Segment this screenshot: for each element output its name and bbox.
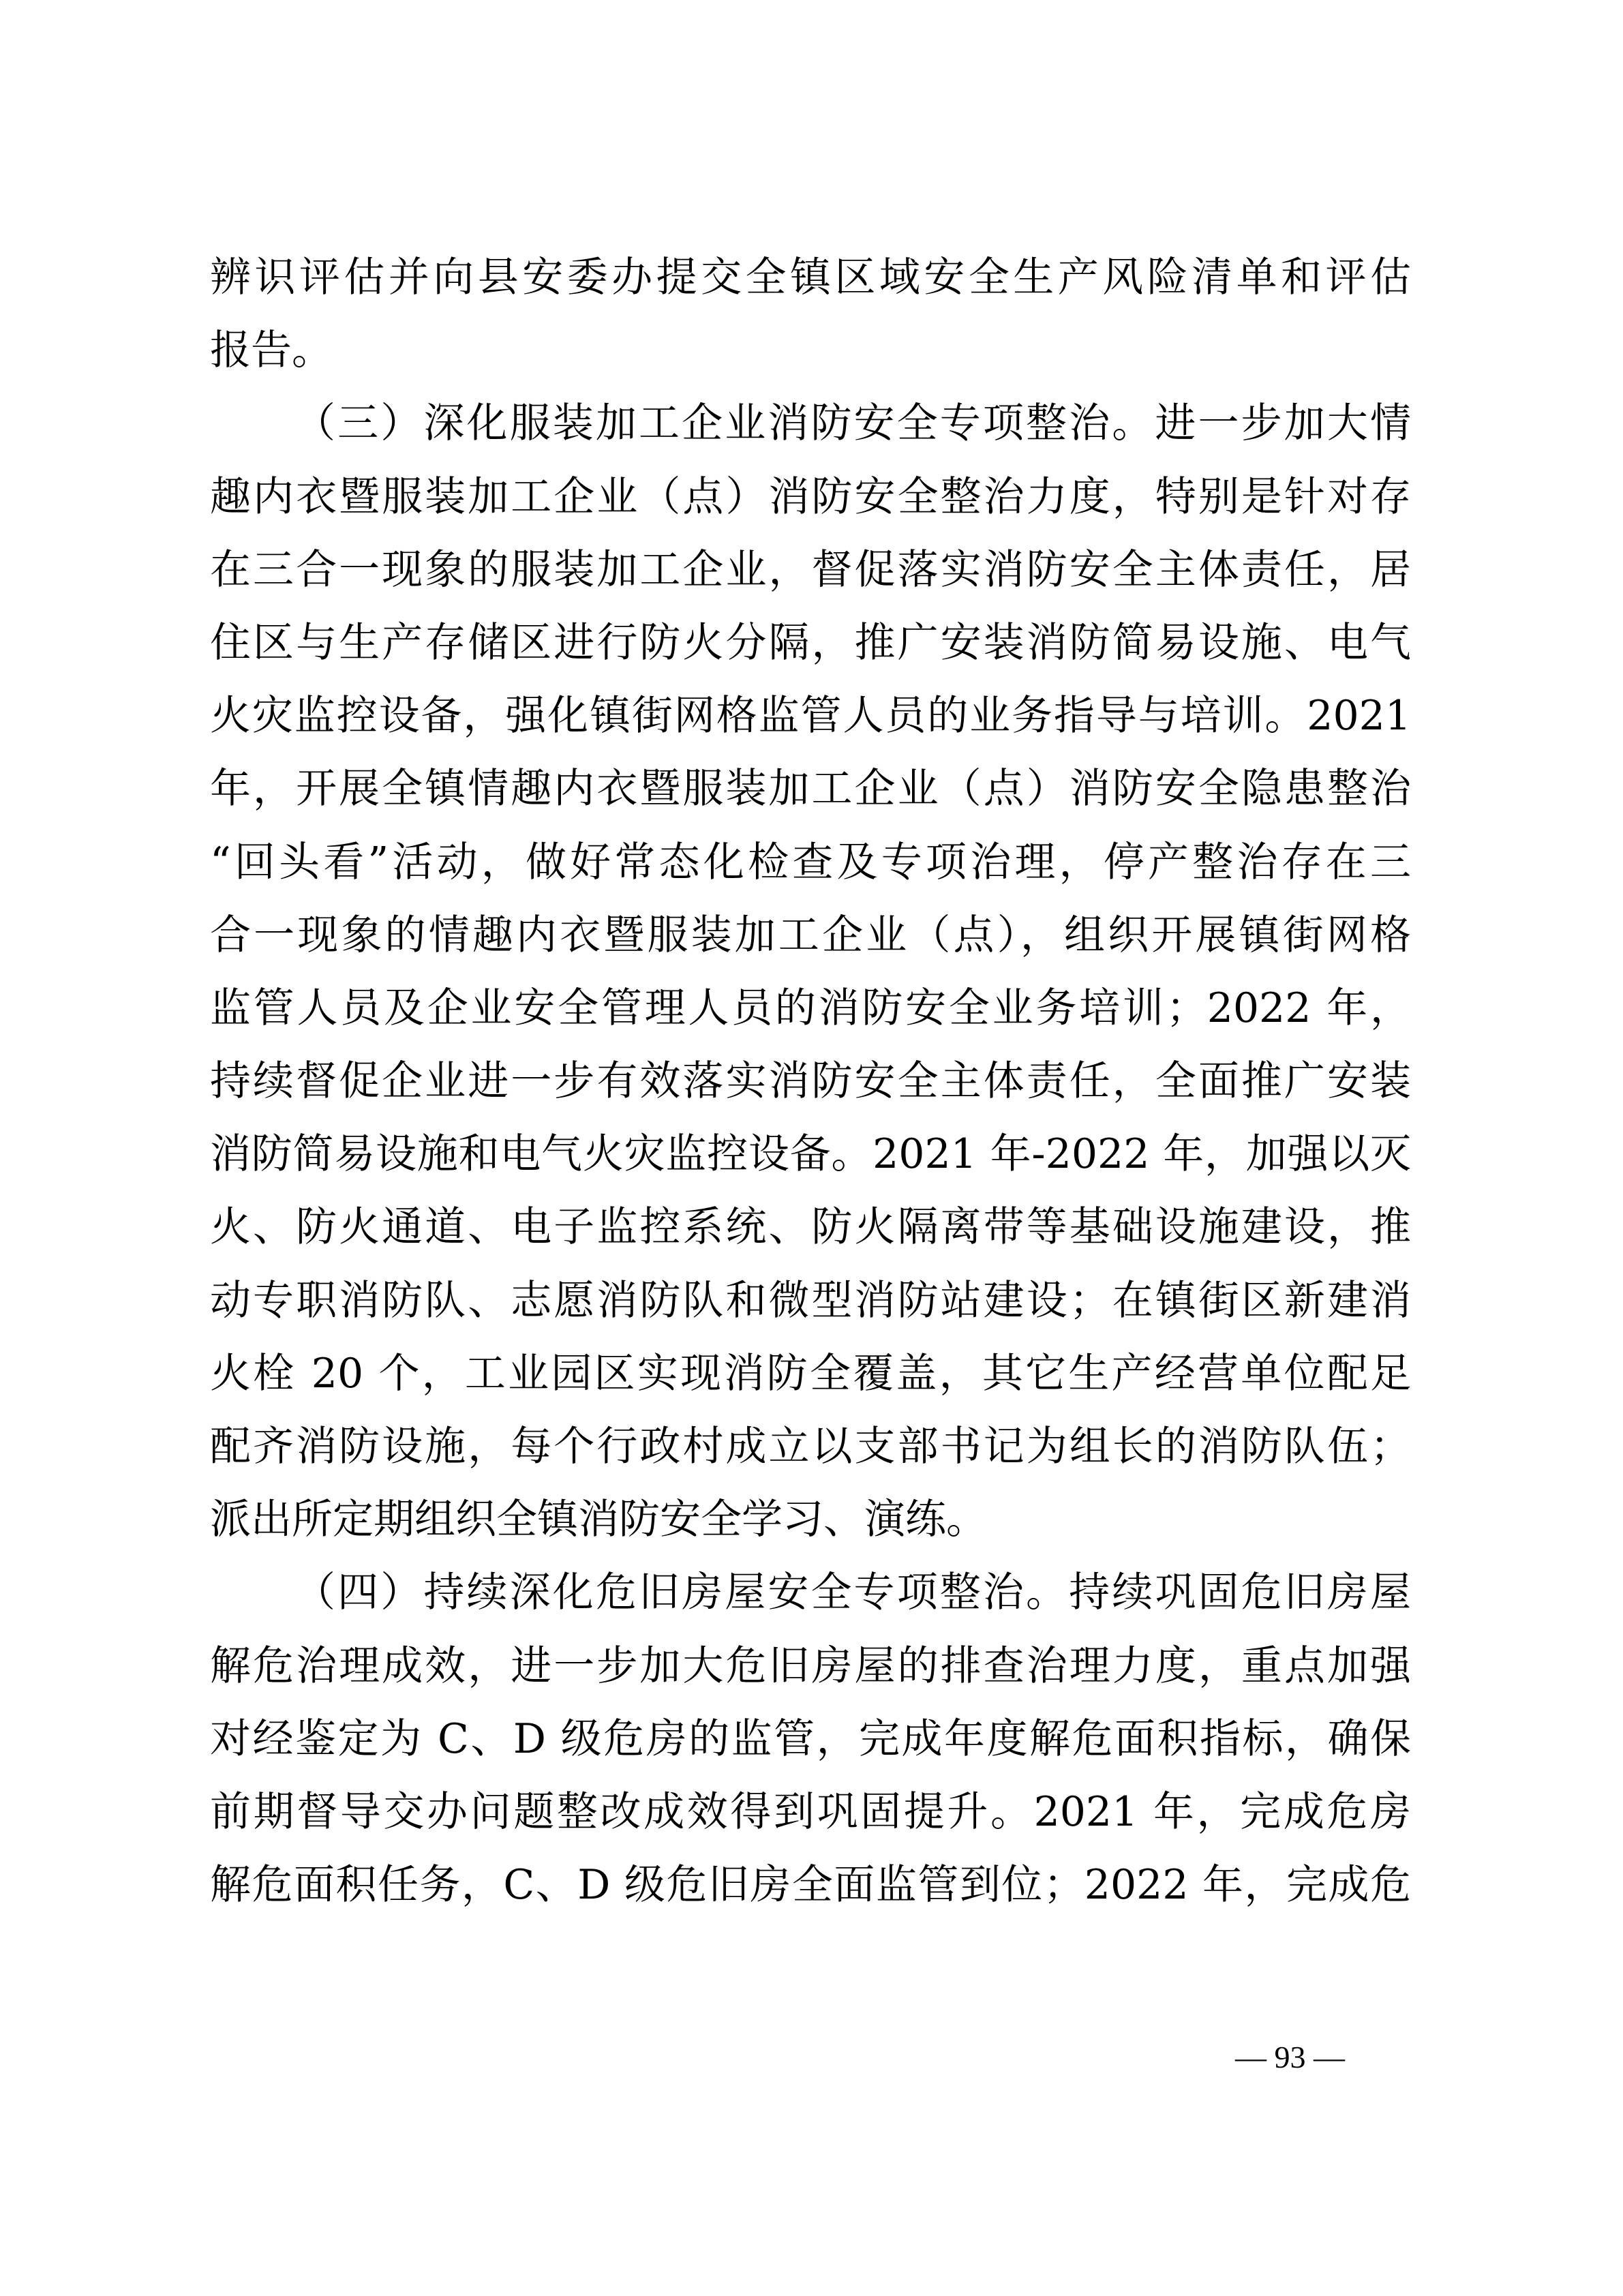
text-line: 合一现象的情趣内衣暨服装加工企业（点），组织开展镇街网格 xyxy=(210,905,1411,978)
body-text: 辨识评估并向县安委办提交全镇区域安全生产风险清单和评估 报告。 （三）深化服装加… xyxy=(210,247,1411,1927)
text-line: 趣内衣暨服装加工企业（点）消防安全整治力度，特别是针对存 xyxy=(210,466,1411,539)
text-line: 持续督促企业进一步有效落实消防安全主体责任，全面推广安装 xyxy=(210,1051,1411,1123)
text-line: 年，开展全镇情趣内衣暨服装加工企业（点）消防安全隐患整治 xyxy=(210,758,1411,831)
paragraph-section-4: （四）持续深化危旧房屋安全专项整治。持续巩固危旧房屋 解危治理成效，进一步加大危… xyxy=(210,1562,1411,1927)
document-page: 辨识评估并向县安委办提交全镇区域安全生产风险清单和评估 报告。 （三）深化服装加… xyxy=(0,0,1623,2296)
text-line: 辨识评估并向县安委办提交全镇区域安全生产风险清单和评估 xyxy=(210,247,1411,320)
text-line: 火、防火通道、电子监控系统、防火隔离带等基础设施建设，推 xyxy=(210,1196,1411,1269)
paragraph-section-3: （三）深化服装加工企业消防安全专项整治。进一步加大情 趣内衣暨服装加工企业（点）… xyxy=(210,393,1411,1562)
text-line: 在三合一现象的服装加工企业，督促落实消防安全主体责任，居 xyxy=(210,539,1411,612)
text-line: 报告。 xyxy=(210,320,1411,393)
text-line: 解危治理成效，进一步加大危旧房屋的排查治理力度，重点加强 xyxy=(210,1635,1411,1708)
text-line: 派出所定期组织全镇消防安全学习、演练。 xyxy=(210,1489,1411,1562)
paragraph-continued: 辨识评估并向县安委办提交全镇区域安全生产风险清单和评估 报告。 xyxy=(210,247,1411,393)
section-heading-line: （三）深化服装加工企业消防安全专项整治。进一步加大情 xyxy=(210,393,1411,466)
text-line: 动专职消防队、志愿消防队和微型消防站建设；在镇街区新建消 xyxy=(210,1270,1411,1343)
text-line: 消防简易设施和电气火灾监控设备。2021 年-2022 年，加强以灭 xyxy=(210,1123,1411,1196)
text-line: 解危面积任务，C、D 级危旧房全面监管到位；2022 年，完成危 xyxy=(210,1854,1411,1927)
text-line: 火灾监控设备，强化镇街网格监管人员的业务指导与培训。2021 xyxy=(210,685,1411,758)
text-line: “回头看”活动，做好常态化检查及专项治理，停产整治存在三 xyxy=(210,832,1411,905)
page-number: — 93 — xyxy=(1235,2037,1345,2078)
text-line: 对经鉴定为 C、D 级危房的监管，完成年度解危面积指标，确保 xyxy=(210,1708,1411,1781)
text-line: 前期督导交办问题整改成效得到巩固提升。2021 年，完成危房 xyxy=(210,1781,1411,1854)
section-heading-line: （四）持续深化危旧房屋安全专项整治。持续巩固危旧房屋 xyxy=(210,1562,1411,1635)
text-line: 配齐消防设施，每个行政村成立以支部书记为组长的消防队伍； xyxy=(210,1416,1411,1489)
text-line: 住区与生产存储区进行防火分隔，推广安装消防简易设施、电气 xyxy=(210,612,1411,685)
text-line: 监管人员及企业安全管理人员的消防安全业务培训；2022 年， xyxy=(210,978,1411,1051)
text-line: 火栓 20 个，工业园区实现消防全覆盖，其它生产经营单位配足 xyxy=(210,1343,1411,1416)
